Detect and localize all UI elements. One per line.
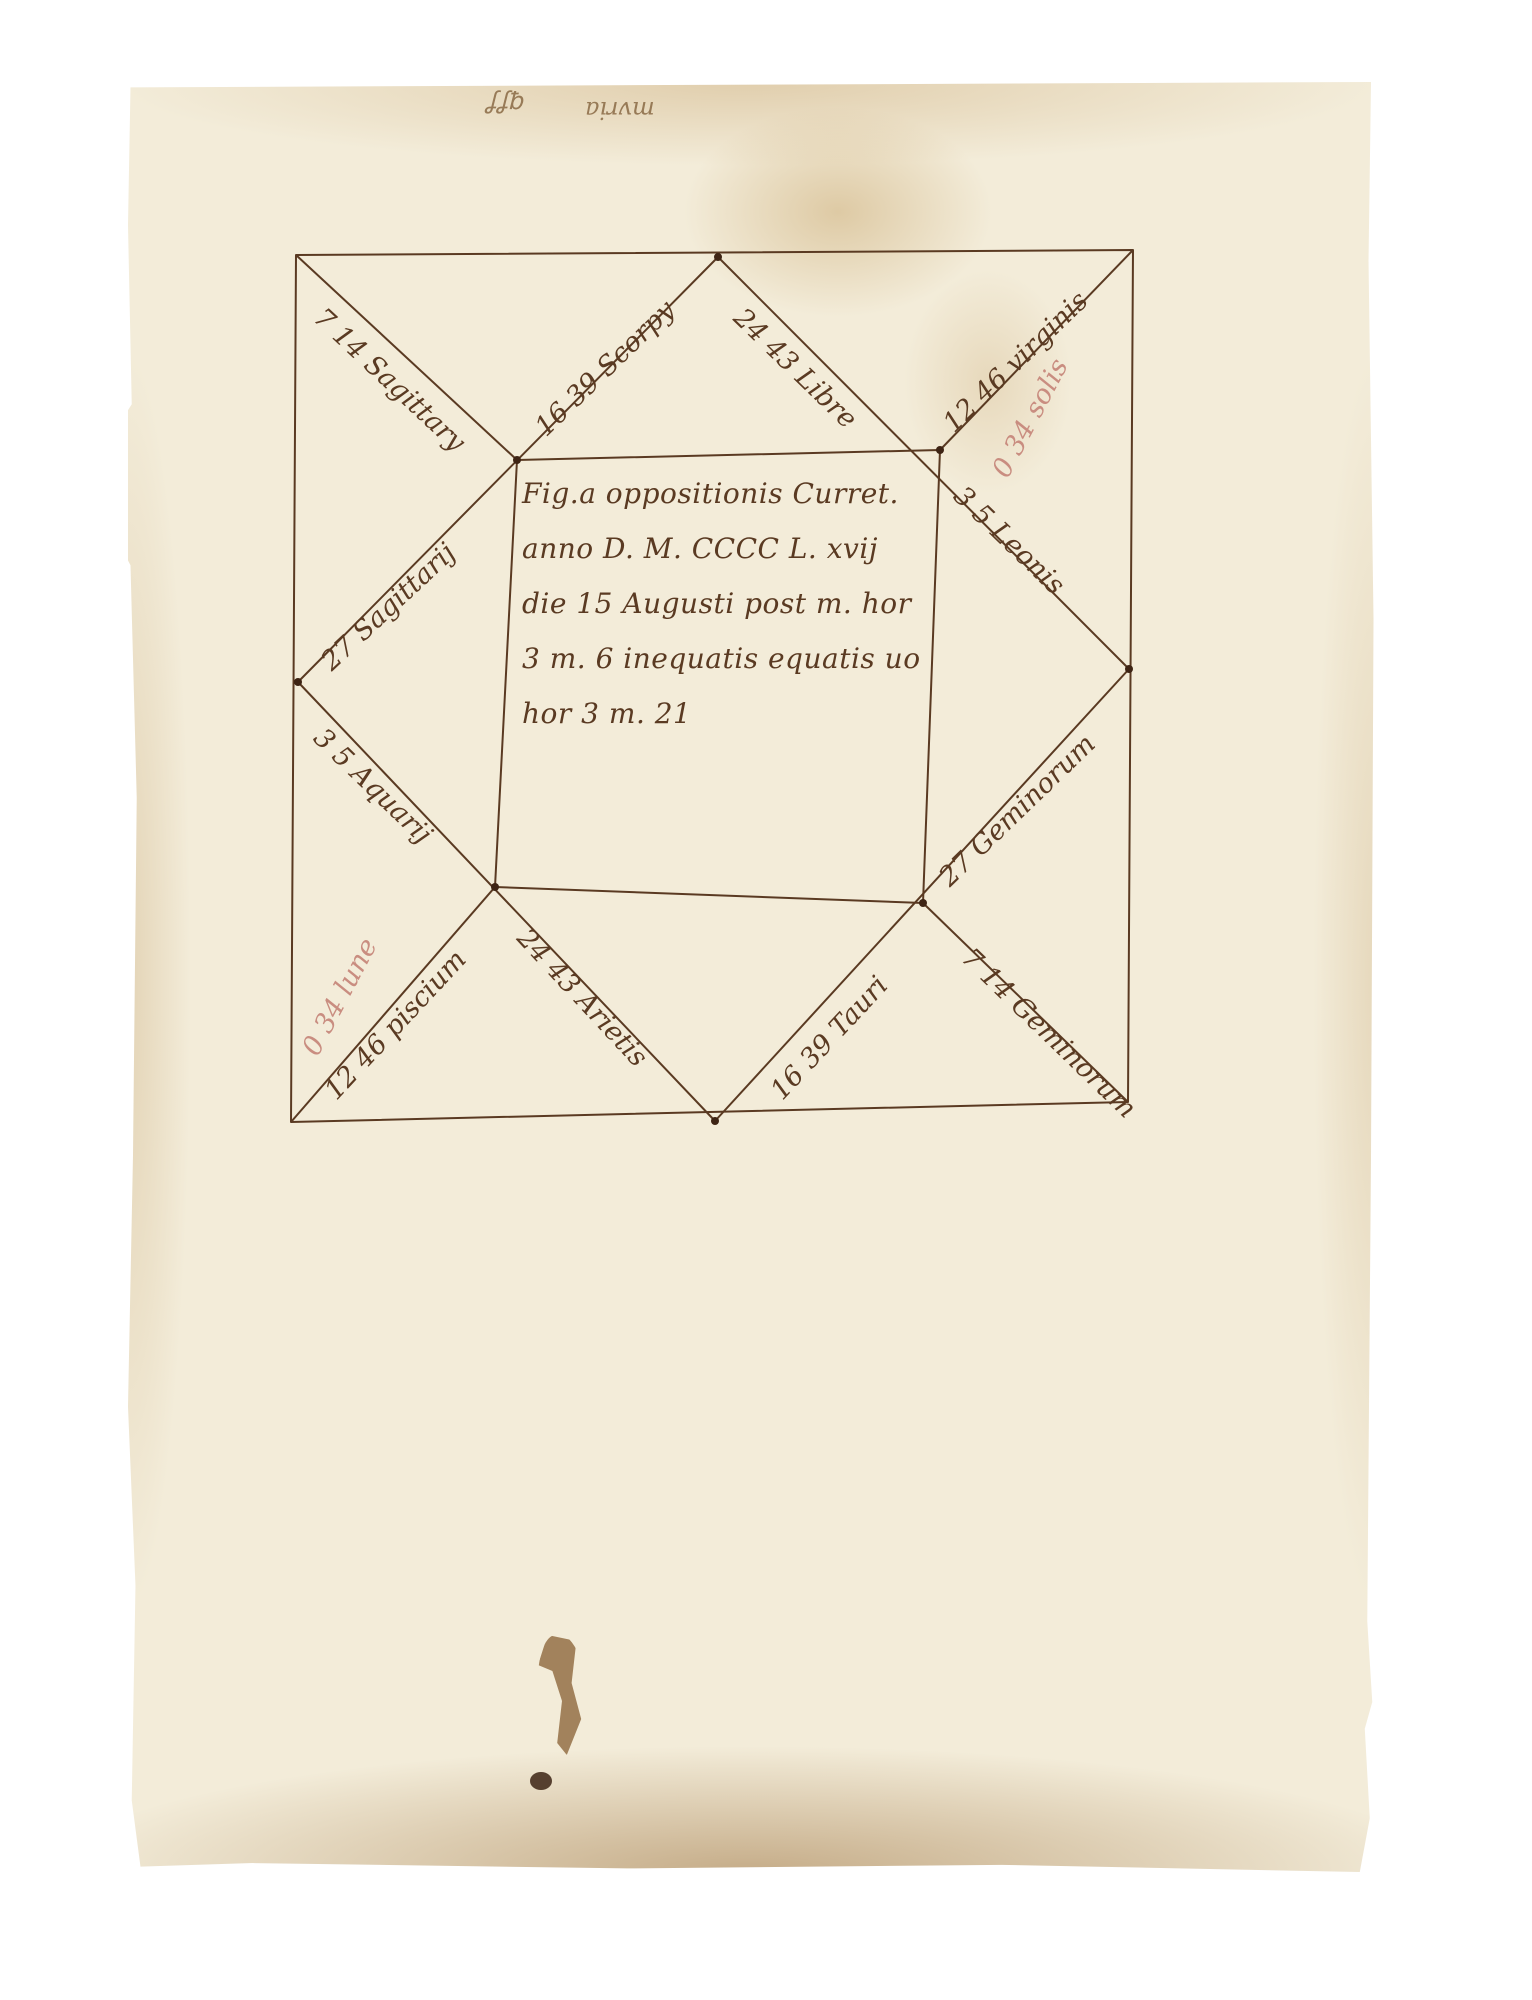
manuscript-leaf: [128, 82, 1376, 1872]
inscription-line: 3 m. 6 inequatis equatis uo: [522, 633, 932, 688]
chart-inscription: Fig.a oppositionis Curret. anno D. M. CC…: [522, 468, 932, 743]
inscription-line: anno D. M. CCCC L. xvij: [522, 523, 932, 578]
header-glyph: ꝗꝭꝭ: [488, 92, 526, 116]
inscription-line: Fig.a oppositionis Curret.: [522, 468, 932, 523]
inscription-line: hor 3 m. 21: [522, 688, 932, 743]
inscription-line: die 15 Augusti post m. hor: [522, 578, 932, 633]
ink-blot: [530, 1772, 552, 1790]
header-note: mvria: [585, 98, 655, 122]
